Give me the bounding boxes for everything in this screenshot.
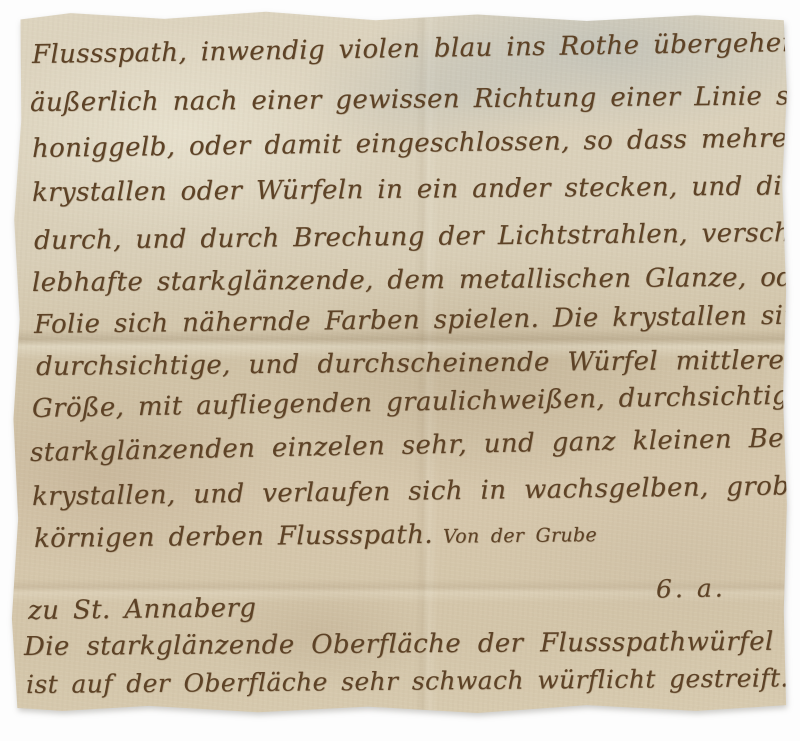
handwriting-line: krystallen oder Würfeln in ein ander ste… (32, 171, 790, 208)
handwriting-line: honiggelb, oder damit eingeschlossen, so… (32, 123, 790, 164)
handwriting-line: äußerlich nach einer gewissen Richtung e… (30, 81, 790, 118)
handwriting-line: ist auf der Oberfläche sehr schwach würf… (26, 663, 789, 699)
handwriting-line: Größe, mit aufliegenden graulichweißen, … (32, 380, 790, 424)
handwriting-line: durch, und durch Brechung der Lichtstrah… (34, 217, 790, 256)
handwriting-line-small-suffix: Von der Grube (443, 524, 597, 548)
handwriting-line: Flussspath, inwendig violen blau ins Rot… (32, 28, 790, 70)
handwriting-line: starkglänzenden einzelen sehr, und ganz … (30, 423, 790, 468)
handwriting-line: zu St. Annaberg (28, 593, 257, 626)
handwriting-line: krystallen, und verlaufen sich in wachsg… (32, 471, 790, 512)
handwriting-line: körnigen derben Flussspath.Von der Grube (34, 518, 597, 554)
handwriting-line-text: körnigen derben Flussspath. (34, 520, 433, 554)
handwriting-line: Die starkglänzende Oberfläche der Flusss… (24, 627, 774, 662)
scanned-document: Flussspath, inwendig violen blau ins Rot… (0, 0, 800, 741)
manuscript-paper: Flussspath, inwendig violen blau ins Rot… (8, 6, 790, 718)
catalog-number-note: 6. a. (656, 573, 726, 603)
handwriting-line: Folie sich nähernde Farben spielen. Die … (34, 300, 790, 340)
handwriting-line: durchsichtige, und durchscheinende Würfe… (36, 345, 790, 382)
handwriting-line: lebhafte starkglänzende, dem metallische… (32, 262, 790, 298)
paper-shadow-wrap: Flussspath, inwendig violen blau ins Rot… (8, 6, 790, 718)
